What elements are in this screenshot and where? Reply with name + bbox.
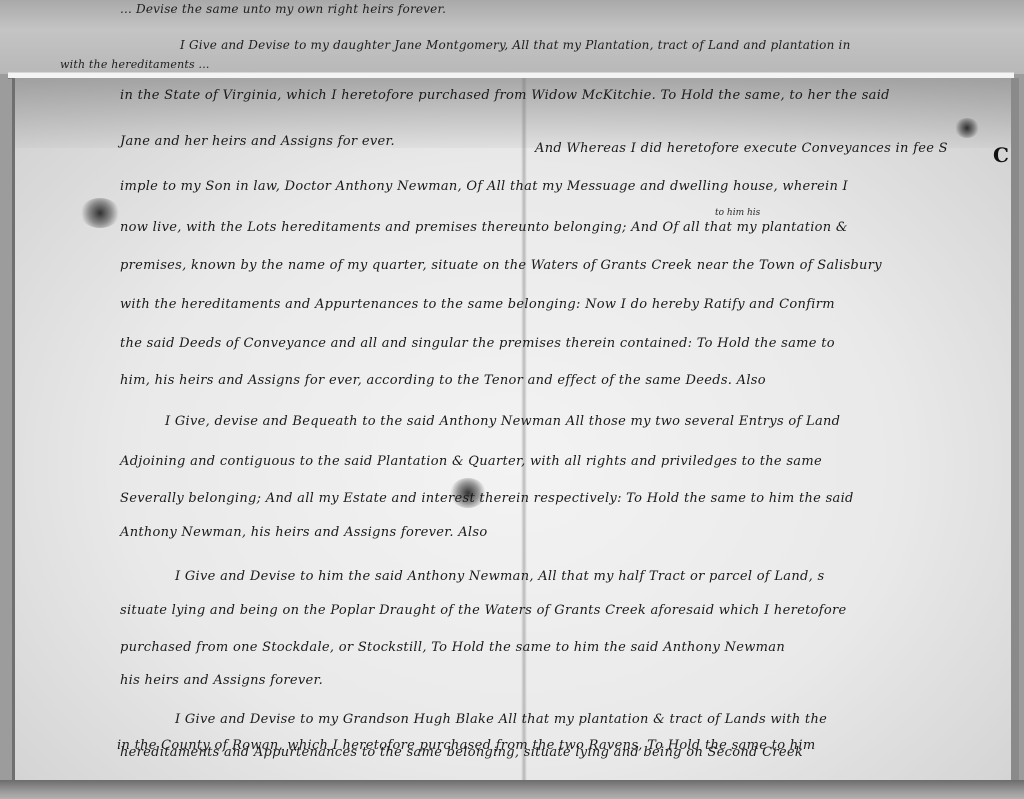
body-line-18: I Give and Devise to my Grandson Hugh Bl… — [175, 712, 827, 727]
body-line-13: Anthony Newman, his heirs and Assigns fo… — [120, 525, 487, 540]
body-line-2: Jane and her heirs and Assigns for ever. — [120, 134, 395, 149]
body-line-10: I Give, devise and Bequeath to the said … — [165, 414, 840, 429]
body-line-1: in the State of Virginia, which I hereto… — [120, 88, 890, 103]
top-line-1: ... Devise the same unto my own right he… — [120, 2, 446, 16]
body-line-3: And Whereas I did heretofore execute Con… — [535, 141, 948, 156]
scan-bottom-edge — [0, 780, 1024, 799]
body-line-9: him, his heirs and Assigns for ever, acc… — [120, 373, 766, 388]
top-line-3: with the hereditaments ... — [60, 58, 210, 71]
body-line-12: Severally belonging; And all my Estate a… — [120, 491, 854, 506]
body-line-15: situate lying and being on the Poplar Dr… — [120, 603, 846, 618]
body-line-16: purchased from one Stockdale, or Stockst… — [120, 640, 785, 655]
body-line-5: now live, with the Lots hereditaments an… — [120, 220, 848, 235]
body-line-6: premises, known by the name of my quarte… — [120, 258, 882, 273]
body-line-11: Adjoining and contiguous to the said Pla… — [120, 454, 822, 469]
interlineation: to him his — [715, 208, 760, 218]
body-line-14: I Give and Devise to him the said Anthon… — [175, 569, 825, 584]
body-line-7: with the hereditaments and Appurtenances… — [120, 297, 835, 312]
document-scan: ... Devise the same unto my own right he… — [0, 0, 1024, 799]
ink-blot-left — [80, 198, 120, 228]
body-line-17: his heirs and Assigns forever. — [120, 673, 323, 688]
top-line-2: I Give and Devise to my daughter Jane Mo… — [180, 38, 851, 52]
ink-blot-right — [955, 118, 979, 138]
margin-bracket-mark: C — [993, 143, 1009, 167]
body-line-4: imple to my Son in law, Doctor Anthony N… — [120, 179, 848, 194]
manuscript-page: C in the State of Virginia, which I here… — [12, 78, 1019, 780]
body-line-20-visible: in the County of Rowan, which I heretofo… — [117, 738, 816, 753]
body-line-8: the said Deeds of Conveyance and all and… — [120, 336, 835, 351]
folded-top-strip: ... Devise the same unto my own right he… — [0, 0, 1024, 74]
